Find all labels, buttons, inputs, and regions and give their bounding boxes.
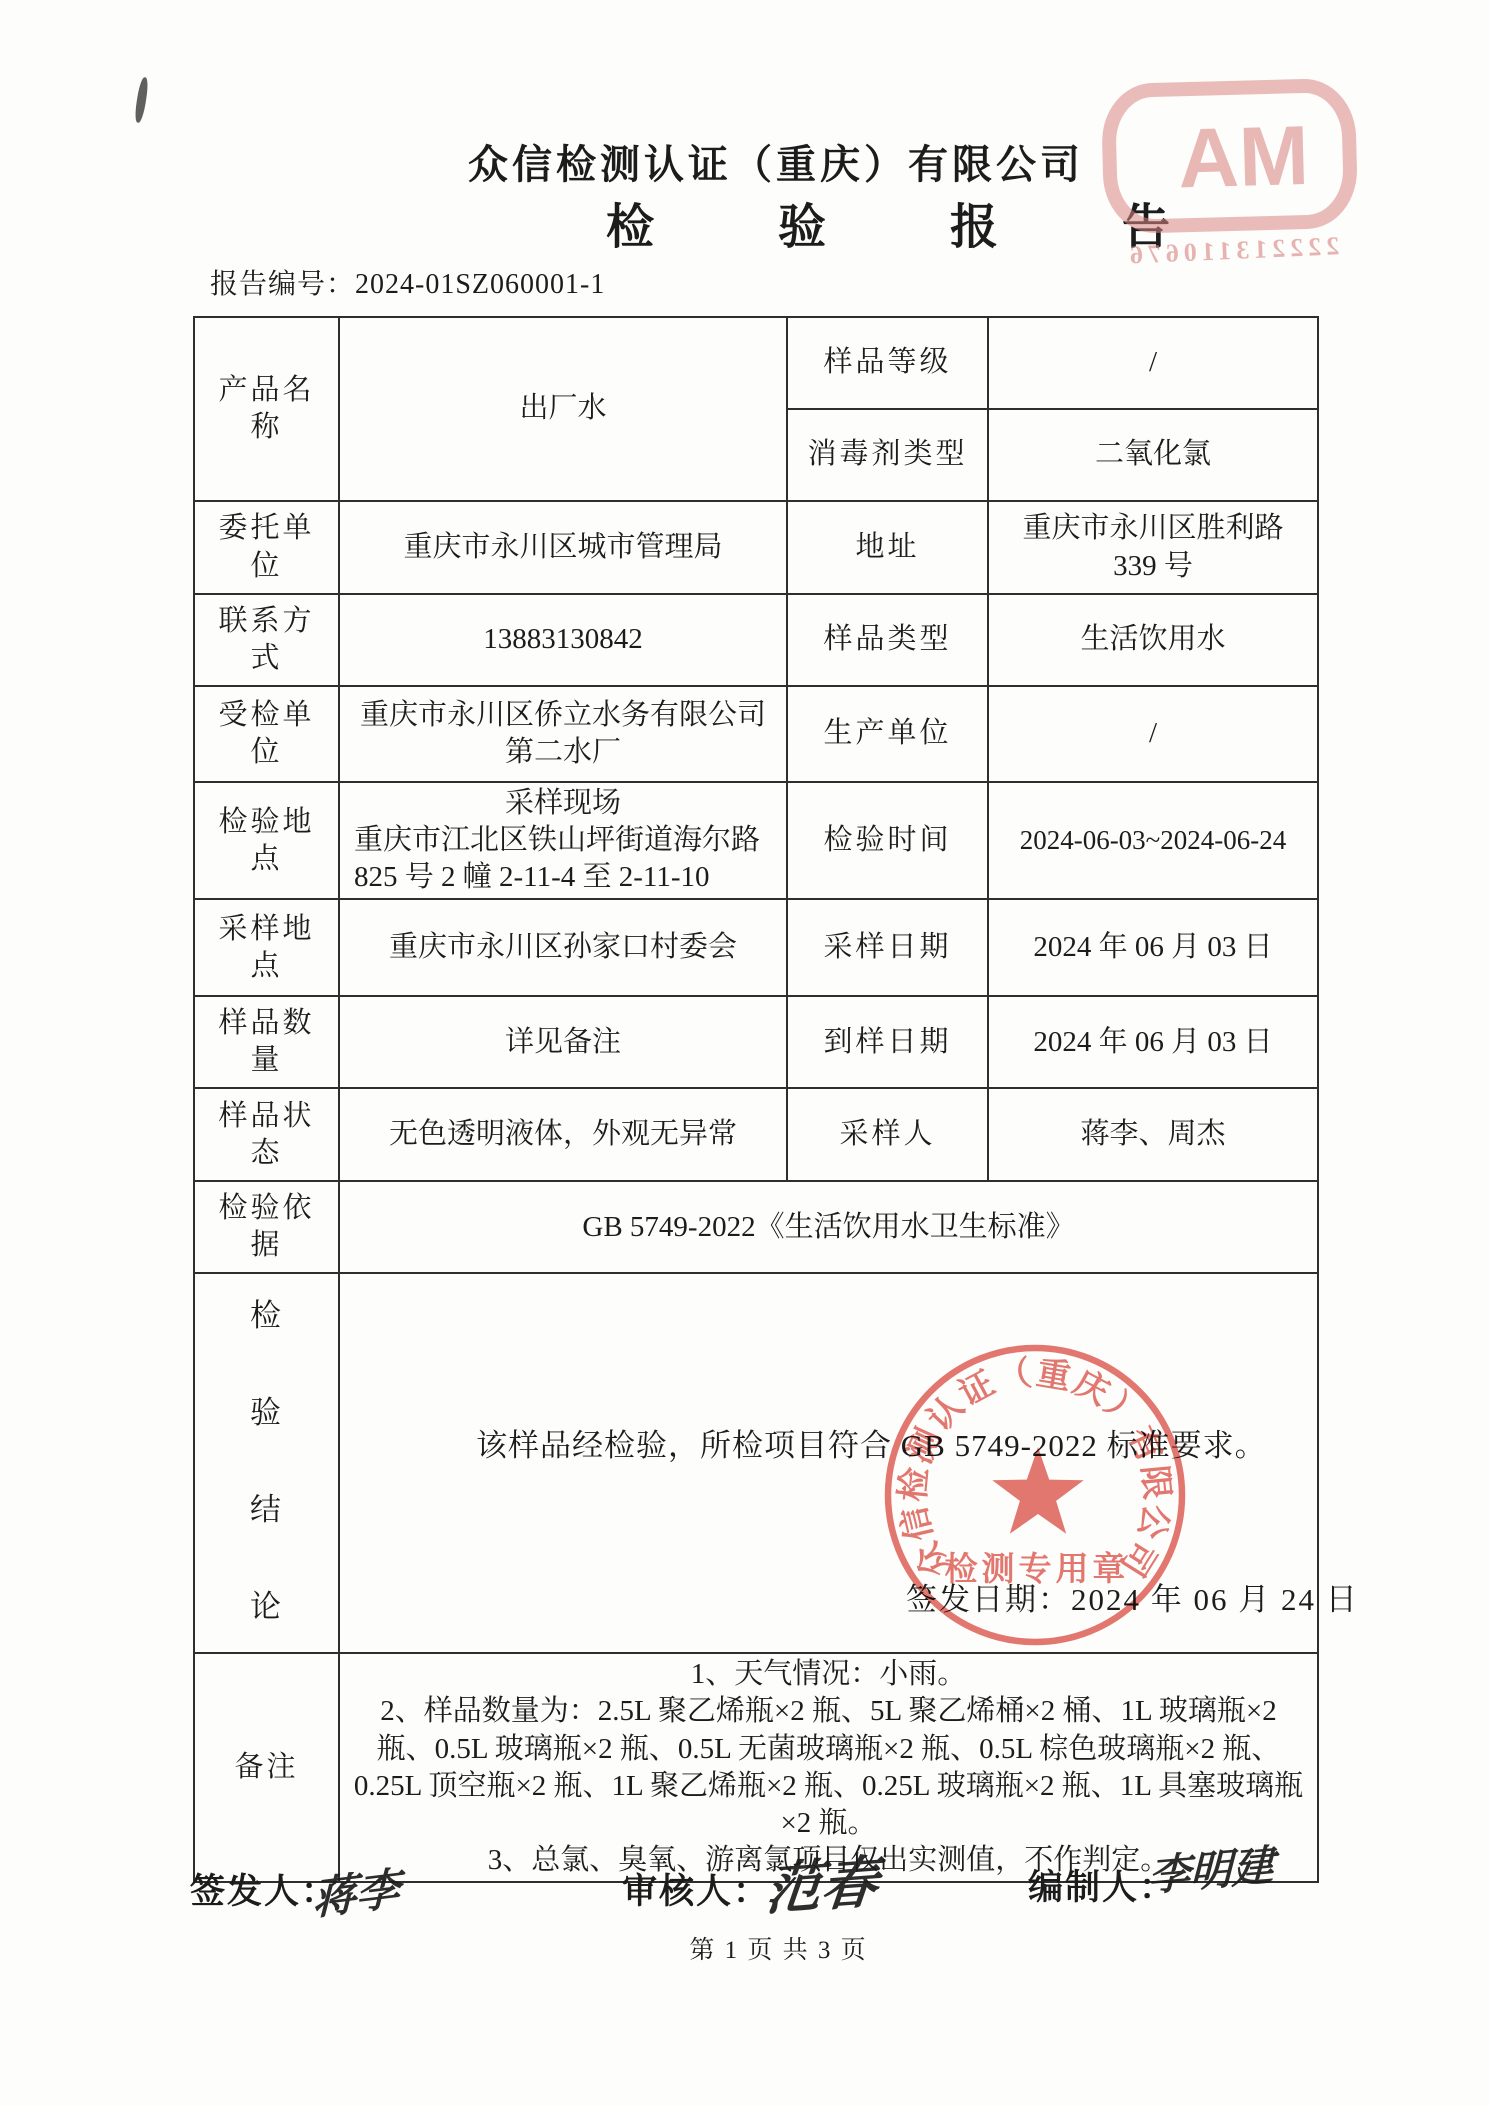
cell-sampler-label: 采样人 [787, 1088, 988, 1181]
report-table: 产品名称 出厂水 样品等级 / 消毒剂类型 二氧化氯 委托单位 重庆市永川区城市… [193, 316, 1319, 1883]
cell-disinfectant-value: 二氧化氯 [988, 409, 1318, 501]
preparer-signature: 李明建 [1148, 1832, 1275, 1903]
reviewer-signature: 范春 [762, 1838, 882, 1927]
cell-contact-value: 13883130842 [339, 594, 787, 686]
cell-sampling-date-value: 2024 年 06 月 03 日 [988, 899, 1318, 996]
cell-sample-type-value: 生活饮用水 [988, 594, 1318, 686]
sign-date: 签发日期：2024 年 06 月 24 日 [906, 1580, 1359, 1620]
cell-product-value: 出厂水 [339, 317, 787, 501]
cell-conclusion-label: 检 验 结 论 [194, 1273, 339, 1653]
cell-arrival-date-label: 到样日期 [787, 996, 988, 1088]
cell-sampling-place-value: 重庆市永川区孙家口村委会 [339, 899, 787, 996]
report-number-label: 报告编号： [210, 269, 355, 300]
cell-sample-qty-label: 样品数量 [194, 996, 339, 1088]
cell-sampler-value: 蒋李、周杰 [988, 1088, 1318, 1181]
scan-artifact [133, 77, 149, 124]
conclusion-text: 该样品经检验，所检项目符合 GB 5749-2022 标准要求。 [476, 1426, 1267, 1466]
cell-grade-label: 样品等级 [787, 317, 988, 409]
inspection-report-page: 众信检测认证（重庆）有限公司 检 验 报 告 AM 222213110676 报… [0, 0, 1489, 2106]
cell-basis-value: GB 5749-2022《生活饮用水卫生标准》 [339, 1181, 1318, 1273]
company-name: 众信检测认证（重庆）有限公司 [468, 133, 1084, 190]
report-number-line: 报告编号：2024-01SZ060001-1 [210, 262, 605, 302]
cell-contact-label: 联系方式 [194, 594, 339, 686]
cell-address-label: 地址 [787, 501, 988, 594]
test-place-line3: 825 号 2 幢 2-11-4 至 2-11-10 [354, 859, 772, 896]
conclusion-label-char4: 论 [205, 1587, 328, 1627]
issuer-signature: 蒋李 [312, 1852, 400, 1927]
cell-producer-label: 生产单位 [787, 686, 988, 782]
reviewer-label: 审核人： [622, 1864, 770, 1914]
cell-arrival-date-value: 2024 年 06 月 03 日 [988, 996, 1318, 1088]
page-number: 第 1 页 共 3 页 [34, 1930, 1489, 1966]
cell-inspected-unit-value: 重庆市永川区侨立水务有限公司第二水厂 [339, 686, 787, 782]
cma-accreditation-stamp: AM 222213110676 [1096, 77, 1365, 270]
cell-address-value: 重庆市永川区胜利路 339 号 [988, 501, 1318, 594]
cma-number: 222213110676 [1100, 230, 1365, 271]
cell-grade-value: / [988, 317, 1318, 409]
cell-test-time-value: 2024-06-03~2024-06-24 [988, 782, 1318, 899]
conclusion-label-char3: 结 [205, 1490, 328, 1530]
cell-product-label: 产品名称 [194, 317, 339, 501]
cell-test-place-value: 采样现场 重庆市江北区铁山坪街道海尔路 825 号 2 幢 2-11-4 至 2… [339, 782, 787, 899]
cell-conclusion-content: 该样品经检验，所检项目符合 GB 5749-2022 标准要求。 签发日期：20… [339, 1273, 1318, 1653]
cell-remark-label: 备注 [194, 1653, 339, 1882]
cell-basis-label: 检验依据 [194, 1181, 339, 1273]
cell-client-value: 重庆市永川区城市管理局 [339, 501, 787, 594]
cma-letters: AM [1177, 108, 1310, 205]
report-number-value: 2024-01SZ060001-1 [355, 269, 605, 300]
cell-inspected-unit-label: 受检单位 [194, 686, 339, 782]
cell-disinfectant-label: 消毒剂类型 [787, 409, 988, 501]
cell-sample-qty-value: 详见备注 [339, 996, 787, 1088]
remark-line2: 2、样品数量为：2.5L 聚乙烯瓶×2 瓶、5L 聚乙烯桶×2 桶、1L 玻璃瓶… [350, 1693, 1307, 1841]
conclusion-label-char1: 检 [205, 1296, 328, 1336]
cell-test-time-label: 检验时间 [787, 782, 988, 899]
cell-sample-type-label: 样品类型 [787, 594, 988, 686]
remark-line1: 1、天气情况：小雨。 [350, 1656, 1307, 1693]
test-place-line1: 采样现场 [354, 785, 772, 822]
cell-producer-value: / [988, 686, 1318, 782]
cma-stamp-frame: AM [1100, 77, 1360, 236]
cell-sample-state-label: 样品状态 [194, 1088, 339, 1181]
conclusion-label-char2: 验 [205, 1393, 328, 1433]
cell-sampling-place-label: 采样地点 [194, 899, 339, 996]
cell-sample-state-value: 无色透明液体，外观无异常 [339, 1088, 787, 1181]
cell-client-label: 委托单位 [194, 501, 339, 594]
cell-sampling-date-label: 采样日期 [787, 899, 988, 996]
test-place-line2: 重庆市江北区铁山坪街道海尔路 [354, 822, 772, 859]
cell-test-place-label: 检验地点 [194, 782, 339, 899]
conclusion-label-chars: 检 验 结 论 [205, 1278, 328, 1648]
